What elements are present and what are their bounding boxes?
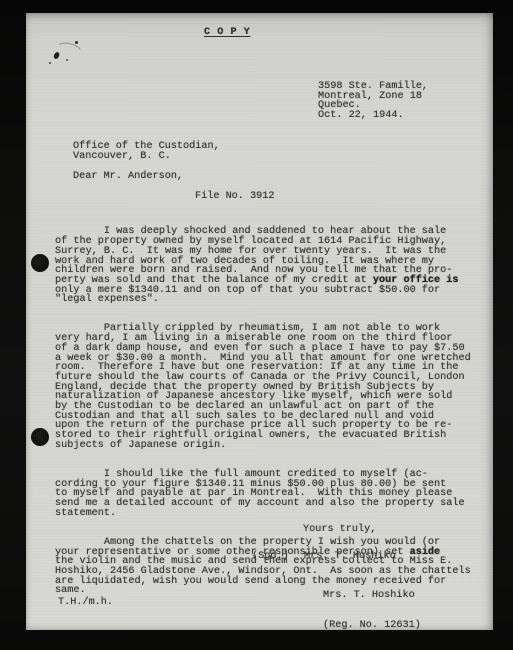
typed-name: Mrs. T. Hoshiko bbox=[323, 591, 421, 601]
file-number: File No. 3912 bbox=[195, 192, 274, 202]
hole-punch-bottom bbox=[31, 428, 49, 446]
ink-speck bbox=[53, 51, 60, 59]
paragraph-1-text-end: only a mere $1340.11 and on top of that … bbox=[55, 285, 440, 306]
recipient-address: Office of the Custodian, Vancouver, B. C… bbox=[73, 142, 220, 161]
salutation: Dear Mr. Anderson, bbox=[73, 172, 183, 182]
paragraph-2: Partially crippled by rheumatism, I am n… bbox=[55, 324, 495, 450]
copy-stamp: C O P Y bbox=[204, 28, 250, 38]
ink-speck bbox=[66, 59, 68, 61]
typed-name-block: Mrs. T. Hoshiko (Reg. No. 12631) bbox=[323, 572, 421, 650]
closing-salutation: Yours truly, bbox=[303, 525, 376, 535]
paragraph-3: I should like the full amount credited t… bbox=[55, 470, 495, 519]
signature-name: Mrs. T. Hoshiko bbox=[304, 552, 396, 562]
sender-address: 3598 Ste. Famille, Montreal, Zone 18 Que… bbox=[318, 82, 428, 121]
paragraph-4: Among the chattels on the property I wis… bbox=[55, 538, 495, 596]
paragraph-1: I was deeply shocked and saddened to hea… bbox=[55, 227, 495, 305]
ink-speck bbox=[49, 62, 51, 64]
signed-abbreviation: (Sgd.) bbox=[252, 552, 289, 562]
document-page: C O P Y 3598 Ste. Famille, Montreal, Zon… bbox=[26, 13, 493, 630]
ink-speck bbox=[75, 41, 78, 44]
registration-number: (Reg. No. 12631) bbox=[323, 621, 421, 631]
typist-initials: T.H./m.h. bbox=[58, 598, 113, 608]
scan-background: C O P Y 3598 Ste. Famille, Montreal, Zon… bbox=[0, 0, 513, 650]
hole-punch-top bbox=[31, 254, 49, 272]
